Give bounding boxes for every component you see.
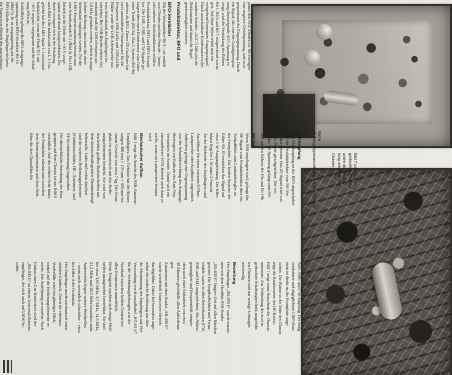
text-line: Einbau eines 2-m-Konverters wird der [32,262,38,375]
text-line: einem Gewicht von etwa 7 kg. Die Front- [113,133,119,257]
text-line: für Transceiver-Betrieb des angeschlosse… [0,2,5,130]
text-line: spannt und damit kurzgeschlossen. Da- [57,2,62,130]
text-line: die Abstimmung des Empfängers auf. Bei [138,262,144,375]
text-line: und der Produktdetektor vom NF-Ver- [284,133,290,257]
text-line: eine Schottkydiode D 1 (Bild 4). Bei LSB… [68,2,73,130]
text-line: zwei umschaltbare Steuerquarze für die [120,2,125,130]
text-line: nach Bild 4 die Induktivität von L 1. Um… [47,2,52,130]
text-line: Bewertung [231,262,237,375]
text-line: Bild 6. [317,131,322,257]
text-line: einwandfreier VOX-Betrieb auch dann er- [159,133,165,257]
text-line: platte ist symmetrisch mit den Bedie- [107,133,113,257]
text-line: Teil mit den Röhren Rö 10a und Rö 10b. [259,133,265,257]
text-line: (Bild 3). Er ist ausgangsseitig mit der [10,2,15,130]
text-line: „SB-400 E“ längere Zeit auf allen Bänder… [212,262,218,375]
text-line: nungselementen bestückt. Sie wird von [101,133,107,257]
text-line: BFO-Klinke an der Empfängerrückseite [5,2,10,130]
text-line: gekehrt hat die LMO-Spule L 1 maximale [41,2,46,130]
text-column-3: AM-, SSB- und CW-Empfang. Der fertigverd… [0,262,302,375]
text-line: Seitenband empfangen werden. Für die [78,2,83,130]
text-line: Der Empfänger „SB-300 E“ wurde zusam- [225,262,231,375]
page-scan: Bild 7 (oben). Diegedruckten Platinen;un… [0,0,452,375]
text-line: sind die weiteren Bedienungselemente [77,133,83,257]
text-line: Verstärkers im Sender. Damit wird ein [165,133,171,257]
text-line: „SB-300 E“ zu einem Universal-Stations- [26,262,32,375]
text-line: währt. [14,262,20,375]
text-line: weitgehend konstantes Ausgangssignal. [205,2,210,130]
photo-chassis-top-view [251,4,452,148]
text-line: Verwendung von Koaxialkabel „RG-62 U“ [132,262,138,375]
text-line: Beim Testgerät machten sich einige Pfeif… [107,262,113,375]
text-line: proportional der Eingangsspannung. Durch [236,2,241,130]
text-line: stellen unangenehm bemerkbar. Sie sind [101,262,107,375]
text-line: empfänger, der sich auch auf UKW be- [20,262,26,375]
text-line: unten die Verdrah- [342,153,347,200]
text-line: ein Signal, das eine die Grundgitterspan… [231,2,236,130]
text-line: bei Ziffer 4 der Grobskala. [69,262,75,375]
text-line: Anschlüsse für einen externen 8-Ohm- [195,133,201,257]
text-line: Bild 1 zeigt die Ansicht des SSB-Amateur… [131,133,137,257]
text-line: Andererseits liegen weitere Pfeifstellen [82,262,88,375]
text-line: für die Verbindungsleitungen war der [125,262,131,375]
text-line: sich mehrere Stufenfunktionen erfüllen: [152,2,157,130]
text-line: stabilen Eindruck. Durch die erhöhten [57,262,63,375]
text-line: der Frontplatte. Die beiden Systeme der [226,133,232,257]
text-line: Bisher wurde die LSB-Arbeitsweise (un- [110,2,115,130]
text-line: (Funktionsschalter, HF-, Antennen- und [71,133,77,257]
text-line: Empfängers. Das Gehäuse hat die Abmes- [125,133,131,257]
text-line: Wenn SSB empfangen wird, gelangt das [244,133,250,257]
text-line: ten Platinen sind nur wenige Leitungen [246,262,252,375]
text-line: reicht, wenn ein Lautsprecher benutzt [153,133,159,257]
text-line: schrieben. Bei USB-Betrieb (oberes Sei- [99,2,104,130]
text-line: arbeitet als BFO. Dieser ZF-Oszillator h… [125,2,130,130]
text-line: wird. [147,133,153,257]
text-line: getestet. Die Empfindlichkeit und Trenn- [206,262,212,375]
text-line: Der Empfänger macht mechanisch einen [63,262,69,375]
text-line: stärkte NF-Spannung gelangt zum NF- [265,133,271,257]
text-line: Mechanischer Aufbau [138,133,144,257]
text-line: der Frontplatte erkennt man zwischen [40,133,46,257]
text-line: passiv den AGC-Dioden zu. Sie erzeugen [247,2,252,130]
text-line: stein ist direkt an der Frontplatte ange… [283,262,289,375]
text-line: winkel auf die Bedienungselemente er- [45,262,51,375]
text-line: Tiefpaßfilter zum Lautstärkeregler an [232,133,238,257]
text-line: wurde wiederholt Transceiver-Betrieb [156,262,162,375]
text-line: Lautsprecher oder Kopfhörer angeordnet. [189,133,195,257]
text-line: – wenn auch wesentlich schwächer – etwa [76,262,82,375]
text-line: Außerdem gelangt eine Gegenspannung [183,133,189,257]
text-line: Vorderfüße wird ein günstiger Blick- [51,262,57,375]
text-line: von der Sekundärwicklung des Ausgangs- [177,133,183,257]
text-line: tung unterhalb des [336,153,341,200]
text-line: stärker getrennt. Das ZF-Signal wird von [278,133,284,257]
text-line: nung übersteigende AGC-Spannung er- [226,2,231,130]
text-line: faktor liegt bei 1 W unter 2 Prozent. [208,133,214,257]
scanned-magazine-page: Bild 7 (oben). Diegedruckten Platinen;un… [0,0,452,375]
text-line: gedruckten Platinen; [347,153,352,200]
text-line: Bild 7 (oben). Die [353,153,358,200]
text-line: geschwindigkeit variieren. [184,2,189,130]
text-line: 30 Minuten gleichfalls allen Anforderun- [175,262,181,375]
text-line: durch verringert sich in der Schaltung [52,2,57,130]
text-line: ersichtlich. Auf der rechten Seite hinte… [46,133,52,257]
caption-bild7: Bild 7 (oben). Diegedruckten Platinen;un… [320,153,358,200]
text-line: chen nach einer Einlaufzeit von etwa [181,262,187,375]
text-line: Zeitkonstante und damit die Regel- [189,2,194,130]
text-line: An der Rückseite des Empfängers sind [202,133,208,257]
text-line: Rö 1, Rö 6 und Rö 7 entsprechend verrin- [215,2,220,130]
text-line: Die übersichtliche Anordnung der Bau- [58,133,64,257]
page-corner-mark [3,360,12,373]
text-line: gedruckter Schaltungstechnik ausgeführ- [252,262,258,375]
text-line: Röhre Rö 10 verstärken das Signal auf [220,133,226,257]
tube-icon [316,24,332,40]
text-line: dem Netztransformator und dem Sieb- [34,133,40,257]
text-line: Bild 7 zeigt einen Ausschnitt der Chassi… [265,262,271,375]
text-line: bei etwa 3,65 MHz, 3,7 MHz, 14,3 MHz, [94,262,100,375]
text-line: men mit dem Heathkit-SSB-Sender [218,262,224,375]
text-column-2: AM-EmpfangBei AM-Empfang ist der BFO abg… [0,133,305,257]
text-line: übertragers zur Kathode des Anti-Trip- [171,133,177,257]
text-line: AM-, SSB- und CW-Empfang. Der fertig [296,262,302,375]
text-line: Frequenzen 3398,4 kHz und 3396,4 kHz. [115,2,120,130]
text-line: nehm die einfache Bedienung nur über [144,262,150,375]
text-line: tung offen ist. [26,2,31,130]
text-line: Bei AM-Empfang ist der BFO abgeschaltet [290,133,296,257]
text-line: Schließlich gelangt die BFO-Ausgangs- [20,2,25,130]
text-line: SSB und AM) ausgezeichnet. Die Ablese- [194,262,200,375]
text-line: Nachlauf zwischen beiden Geräten bei [119,262,125,375]
text-line: trägt die Bauelemente der HF-Kreise. [271,262,277,375]
text-line: beherrscht. Links und rechts daneben [83,133,89,257]
text-line: Durch umschaltbare Kondensatoren (be- [200,2,205,130]
text-line: schärfe waren in allen Betriebsarten (CW… [200,262,206,375]
text-line: durchgeführt. Dabei fiel besonders ange- [150,262,156,375]
text-line: gruppen auf dem Chassis ist aus Bild 6 [52,133,58,257]
text-line: Mit der Verbundröhre Rö 9 – sie enthält [162,2,167,130]
text-line: verdrahtete und abgeglichene LMO-Bau- [290,262,296,375]
text-line: 21,2 MHz und 28,5 MHz besonders stark. [88,262,94,375]
text-line: Produktdetektor, BFO und [176,2,181,130]
text-line: eine negative Gleichspannung, und zwar [242,2,247,130]
text-line: genauigkeit und Frequenzdrift entspre- [187,262,193,375]
tube-icon [304,50,320,66]
text-line: Zusammen mit dem Sender „SB-400 E“ [163,262,169,375]
text-line: ordnet. Die Platine in der Mitte des Cha… [277,262,283,375]
text-line: AM-Empfang [296,133,302,257]
text-line: 2,8 kHz geändert werden, jedoch in umge- [89,2,94,130]
text-line: NF-Signal vom Produktdetektor über ein [238,133,244,257]
text-line: −30 V negativ vorgespannt und die Schal- [31,2,36,130]
text-line: Produktdetektor, BFO und BFO-Verstär- [146,2,151,130]
text-line: LMO-Frequenzumtastung benutzt man [73,2,78,130]
text-line: sungen 380 mm × 170 mm × 300 mm bei [119,133,125,257]
text-line: langen über einen Kondensator zum Gitter [136,2,141,130]
text-column-1: passiv den AGC-Dioden zu. Sie erzeugenei… [0,2,252,130]
text-line: reicht. Die Ausführung ist modern. Nach [38,262,44,375]
text-line: den beiden großen Skalenscheiben mit [95,133,101,257]
caption-bild6: Bild 6.▼ Baugruppenanordnung auf dem Cha… [308,131,322,257]
text-line: zwei Trioden und eine Pentode – lassen [157,2,162,130]
text-line: ZF-Kreisabstimmung) angeordnet. [64,133,70,257]
text-line: etwa 1 W Ausgangsleistung. Der Klirr- [214,133,220,257]
text-line: unterseite. Zur Verbindung der zwei in [259,262,265,375]
text-line: dem dazwischenliegenden Abstimmknopf [89,133,95,257]
text-line: einer Triode (Rö 9a). Das 2. System (Rö … [131,2,136,130]
text-line: NF-Teil [250,133,256,257]
text-line: BFO-Verstärker [167,2,172,130]
text-line: ker. Die LSB-, USB- und CW-Signale ge- [141,2,146,130]
text-line: ▼ Baugruppenanordnung auf dem Chassis [311,131,316,257]
text-line: einer Diode gleichgerichtet. Die ver- [272,133,278,257]
text-line: zeugt, wird die Verstärkung der Röhren [221,2,226,130]
